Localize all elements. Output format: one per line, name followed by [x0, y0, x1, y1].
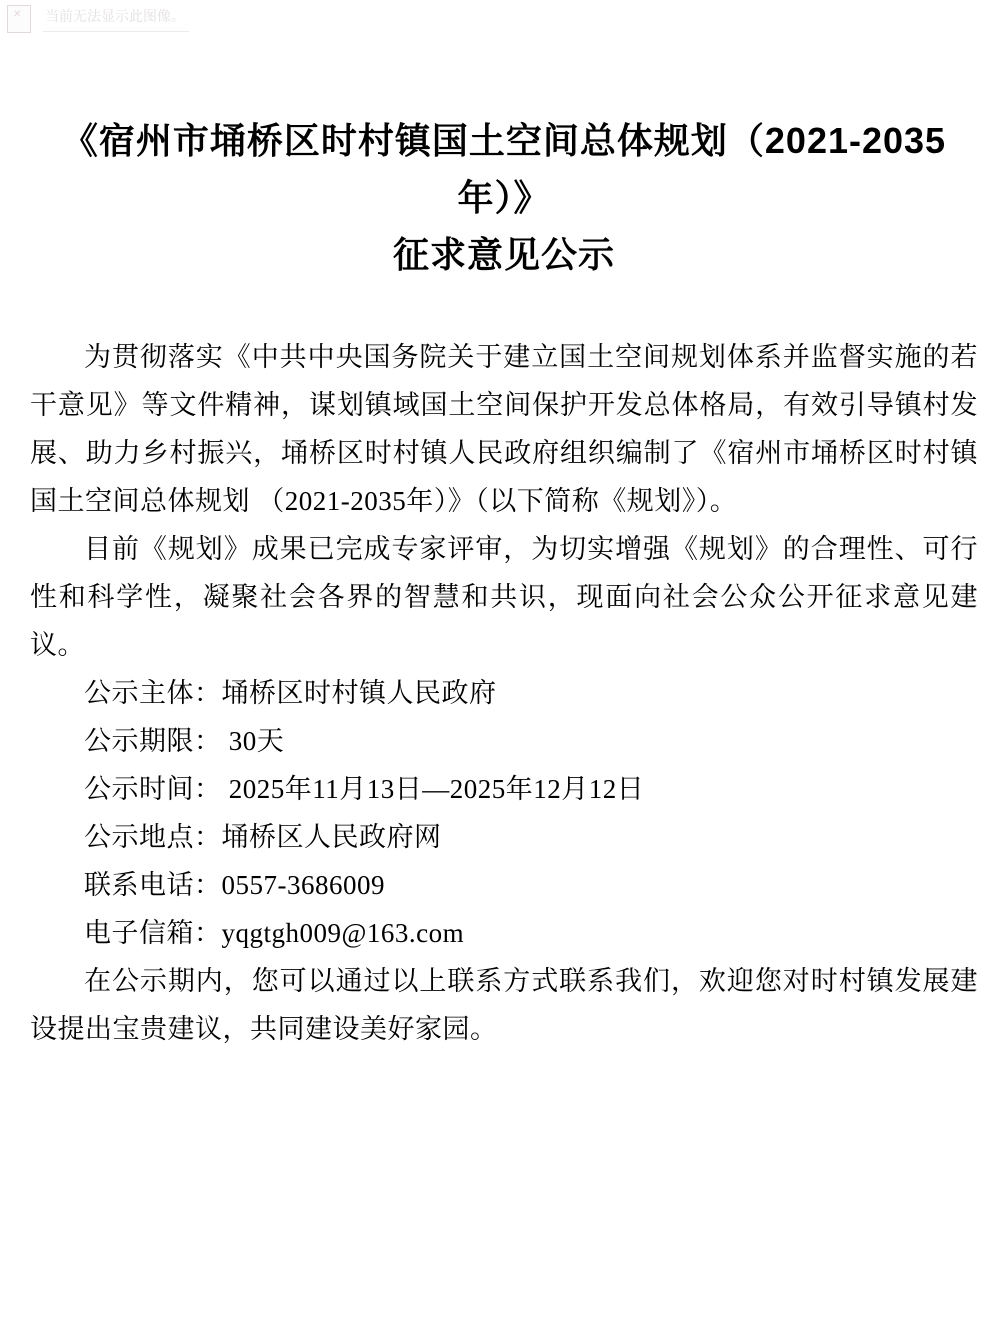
- info-publicity-duration: 公示期限： 30天: [30, 717, 978, 765]
- paragraph-background: 为贯彻落实《中共中央国务院关于建立国土空间规划体系并监督实施的若干意见》等文件精…: [30, 333, 978, 525]
- paragraph-purpose: 目前《规划》成果已完成专家评审，为切实增强《规划》的合理性、可行性和科学性，凝聚…: [30, 525, 978, 669]
- broken-image-icon: [7, 5, 31, 33]
- info-contact-phone: 联系电话：0557-3686009: [30, 861, 978, 909]
- notice-body: 为贯彻落实《中共中央国务院关于建立国土空间规划体系并监督实施的若干意见》等文件精…: [30, 333, 978, 1053]
- paragraph-closing: 在公示期内，您可以通过以上联系方式联系我们，欢迎您对时村镇发展建设提出宝贵建议，…: [30, 957, 978, 1053]
- notice-title: 《宿州市埇桥区时村镇国土空间总体规划（2021-2035年）》 征求意见公示: [30, 112, 978, 283]
- notice-title-line1: 《宿州市埇桥区时村镇国土空间总体规划（2021-2035年）》: [30, 112, 978, 226]
- info-contact-email: 电子信箱：yqgtgh009@163.com: [30, 909, 978, 957]
- info-publicity-location: 公示地点：埇桥区人民政府网: [30, 813, 978, 861]
- broken-image-text: 当前无法显示此图像。: [43, 5, 189, 32]
- info-publicity-subject: 公示主体：埇桥区时村镇人民政府: [30, 669, 978, 717]
- notice-title-line2: 征求意见公示: [30, 226, 978, 283]
- broken-image-placeholder: 当前无法显示此图像。: [7, 5, 189, 33]
- info-publicity-time: 公示时间： 2025年11月13日—2025年12月12日: [30, 765, 978, 813]
- document-page: 当前无法显示此图像。 《宿州市埇桥区时村镇国土空间总体规划（2021-2035年…: [0, 0, 1008, 1344]
